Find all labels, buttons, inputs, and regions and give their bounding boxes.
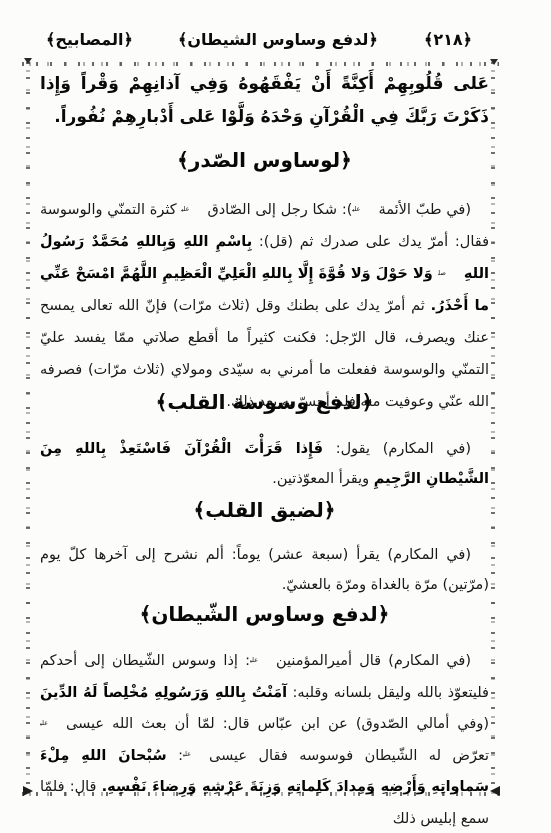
text-segment: ): شكا رجل إلى الصّادق [207,202,352,218]
text-segment: (في المكارم) يقرأ (سبعة عشر) يوماً: ألم … [40,547,489,593]
paragraph-wasawis-shaytan: (في المكارم) قال أميرالمؤمنينعليه‌السلام… [40,646,489,833]
paragraph-wasawis-sadr: (في طبّ الأئمةعليه‌السلام): شكا رجل إلى … [40,194,489,418]
text-segment: (في المكارم) قال أميرالمؤمنين [276,653,471,669]
honorific-salawat: صلى‌الله‌عليه‌وآله [438,270,464,277]
text-segment: ويقرأ المعوّذتين. [272,471,373,487]
honorific-alayhis-salam: عليه‌السلام [352,206,378,213]
honorific-alayhis-salam: عليه‌السلام [181,206,207,213]
section-title-wasawis-shaytan: ﴿لدفع وساوس الشّيطان﴾ [40,602,489,626]
header-book-title: ﴿المصابيح﴾ [46,30,133,49]
corner-ornament-top-right [490,59,498,65]
prayer-text: آمَنْتُ بِاللهِ وَرَسُولِهِ مُخْلِصاً لَ… [40,685,287,701]
text-segment: (وفي أمالي الصّدوق) عن ابن عبّاس قال: لم… [66,716,489,732]
header-chapter-title: ﴿لدفع وساوس الشيطان﴾ [178,30,378,49]
paragraph-dhiq-qalb: (في المكارم) يقرأ (سبعة عشر) يوماً: ألم … [40,540,489,600]
section-title-dhiq-qalb: ﴿لضيق القلب﴾ [40,498,489,522]
book-page: ﴿المصابيح﴾ ﴿لدفع وساوس الشيطان﴾ ﴿٢١٨﴾ عَ… [0,0,551,833]
frame-right-border [491,62,495,796]
honorific-alayhis-salam: عليه‌السلام [40,720,66,727]
section-title-waswasat-qalb: ﴿لدفع وسوسة القلب﴾ [40,390,489,414]
corner-ornament-top-left [24,58,32,64]
header-page-number: ﴿٢١٨﴾ [424,30,472,49]
text-segment: (في طبّ الأئمة [378,202,471,218]
corner-ornament-bottom-right [490,786,500,796]
frame-left-border [26,62,30,796]
text-segment: : [167,748,183,764]
quran-verse: عَلى قُلُوبِهِمْ أَكِنَّةً أَنْ يَفْقَهُ… [40,68,489,134]
paragraph-waswasat-qalb: (في المكارم) يقول: فَإِذا قَرَأْتَ الْقُ… [40,434,489,494]
frame-top-border [22,62,499,66]
honorific-alayhis-salam: عليه‌السلام [250,657,276,664]
text-segment: تعرّض له الشّيطان فوسوسه فقال عيسى [209,748,489,764]
section-title-wasawis-sadr: ﴿لوساوس الصّدر﴾ [40,148,489,172]
text-segment: (في المكارم) يقول: [323,441,471,457]
honorific-alayhis-salam: عليه‌السلام [183,751,209,758]
corner-ornament-bottom-left [23,786,33,796]
